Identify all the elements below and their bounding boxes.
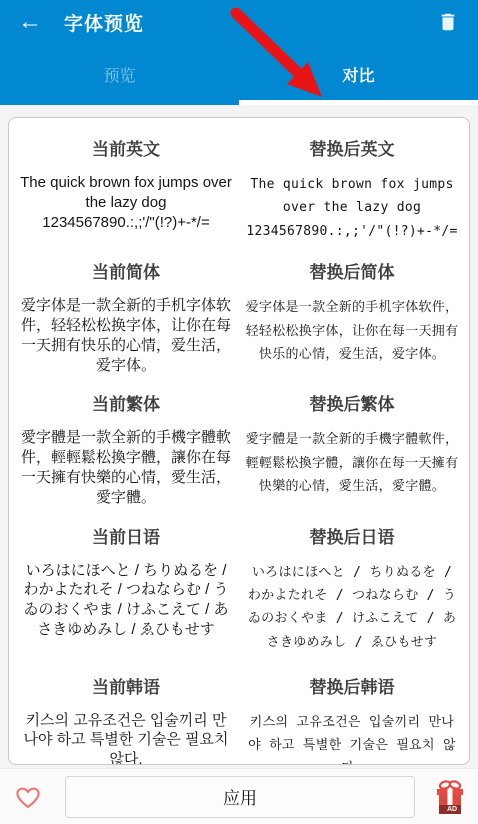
compare-row-korean: 当前韩语 키스의 고유조건은 입술끼리 만나야 하고 특별한 기술은 필요치 않…: [19, 658, 459, 765]
current-korean-cell: 当前韩语 키스의 고유조건은 입술끼리 만나야 하고 특별한 기술은 필요치 않…: [19, 658, 233, 765]
tab-preview-label: 预览: [103, 63, 135, 86]
sample-text-replaced: いろはにほへと / ちりぬるを / わかよたれそ / つねならむ / うゐのおく…: [245, 561, 459, 655]
sample-text-replaced: 爱字体是一款全新的手机字体软件，轻轻松松换字体，让你在每一天拥有快乐的心情，爱生…: [245, 296, 459, 366]
font-preview-screen: ← 字体预览 预览 对比 当前英文 The quick brown fox ju…: [0, 0, 478, 824]
sample-text-current: The quick brown fox jumps over the lazy …: [19, 173, 233, 232]
compare-card: 当前英文 The quick brown fox jumps over the …: [8, 117, 470, 765]
section-title: 当前韩语: [19, 673, 233, 698]
section-title: 替换后简体: [245, 258, 459, 283]
sample-text-current: いろはにほへと / ちりぬるを / わかよたれそ / つねならむ / うゐのおく…: [19, 561, 233, 640]
tab-compare[interactable]: 对比: [239, 44, 478, 105]
current-simplified-cell: 当前简体 爱字体是一款全新的手机字体软件，轻轻松松换字体，让你在每一天拥有快乐的…: [19, 243, 233, 375]
compare-row-english: 当前英文 The quick brown fox jumps over the …: [19, 120, 459, 243]
page-title: 字体预览: [64, 9, 432, 36]
sample-text-replaced: 키스의 고유조건은 입술끼리 만나야 하고 특별한 기술은 필요치 않다.: [245, 711, 459, 765]
app-bar: ← 字体预览: [0, 0, 478, 44]
section-title: 替换后日语: [245, 523, 459, 548]
tab-preview[interactable]: 预览: [0, 44, 239, 105]
heart-icon: [14, 784, 42, 810]
sample-text-replaced: 愛字體是一款全新的手機字體軟件，輕輕鬆松換字體，讓你在每一天擁有快樂的心情，愛生…: [245, 428, 459, 498]
section-title: 当前繁体: [19, 390, 233, 415]
replaced-japanese-cell: 替换后日语 いろはにほへと / ちりぬるを / わかよたれそ / つねならむ /…: [245, 508, 459, 658]
tab-bar: 预览 对比: [0, 44, 478, 105]
section-title: 替换后韩语: [245, 673, 459, 698]
section-title: 替换后繁体: [245, 390, 459, 415]
sample-text-current: 爱字体是一款全新的手机字体软件，轻轻松松换字体，让你在每一天拥有快乐的心情，爱生…: [19, 296, 233, 375]
compare-row-simplified: 当前简体 爱字体是一款全新的手机字体软件，轻轻松松换字体，让你在每一天拥有快乐的…: [19, 243, 459, 375]
back-arrow-icon: ←: [18, 10, 42, 34]
tab-compare-label: 对比: [342, 63, 374, 86]
sample-text-replaced: The quick brown fox jumps over the lazy …: [245, 173, 459, 243]
favorite-button[interactable]: [11, 780, 45, 814]
replaced-english-cell: 替换后英文 The quick brown fox jumps over the…: [245, 120, 459, 243]
compare-row-traditional: 当前繁体 愛字體是一款全新的手機字體軟件，輕輕鬆松換字體，讓你在每一天擁有快樂的…: [19, 375, 459, 507]
compare-row-japanese: 当前日语 いろはにほへと / ちりぬるを / わかよたれそ / つねならむ / …: [19, 508, 459, 658]
section-title: 替换后英文: [245, 135, 459, 160]
active-tab-indicator: [239, 100, 478, 105]
apply-button[interactable]: 应用: [65, 776, 415, 818]
delete-button[interactable]: [432, 6, 464, 38]
current-traditional-cell: 当前繁体 愛字體是一款全新的手機字體軟件，輕輕鬆松換字體，讓你在每一天擁有快樂的…: [19, 375, 233, 507]
replaced-simplified-cell: 替换后简体 爱字体是一款全新的手机字体软件，轻轻松松换字体，让你在每一天拥有快乐…: [245, 243, 459, 375]
section-title: 当前日语: [19, 523, 233, 548]
current-english-cell: 当前英文 The quick brown fox jumps over the …: [19, 120, 233, 243]
bottom-action-bar: 应用 AD: [0, 768, 478, 824]
replaced-traditional-cell: 替换后繁体 愛字體是一款全新的手機字體軟件，輕輕鬆松換字體，讓你在每一天擁有快樂…: [245, 375, 459, 507]
current-japanese-cell: 当前日语 いろはにほへと / ちりぬるを / わかよたれそ / つねならむ / …: [19, 508, 233, 658]
replaced-korean-cell: 替换后韩语 키스의 고유조건은 입술끼리 만나야 하고 특별한 기술은 필요치 …: [245, 658, 459, 765]
section-title: 当前简体: [19, 258, 233, 283]
gift-ad-button[interactable]: AD: [433, 777, 467, 817]
apply-button-label: 应用: [223, 784, 257, 809]
gift-icon: [433, 777, 467, 817]
sample-text-current: 愛字體是一款全新的手機字體軟件，輕輕鬆松換字體，讓你在每一天擁有快樂的心情，愛生…: [19, 428, 233, 507]
trash-icon: [437, 11, 459, 33]
sample-text-current: 키스의 고유조건은 입술끼리 만나야 하고 특별한 기술은 필요치 않다.: [19, 711, 233, 765]
section-title: 当前英文: [19, 135, 233, 160]
back-button[interactable]: ←: [14, 6, 46, 38]
